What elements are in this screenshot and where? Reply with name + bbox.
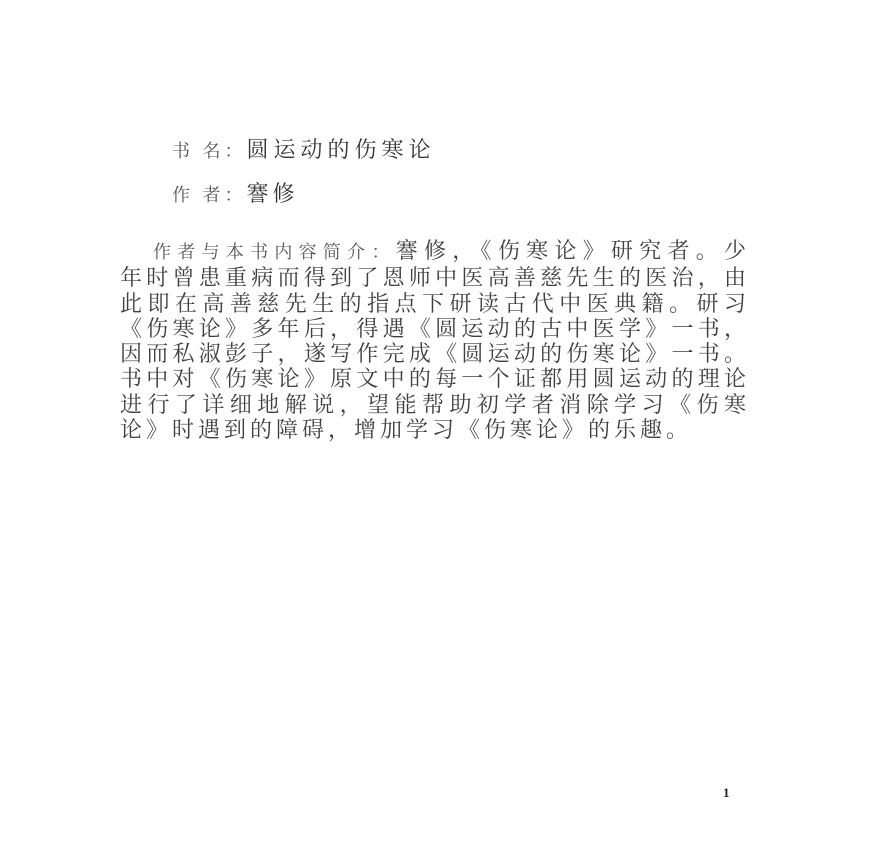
- intro-line: 因而私淑彭子，遂写作完成《圆运动的伤寒论》一书。: [120, 341, 750, 366]
- intro-paragraph: 作者与本书内容简介：謇修，《伤寒论》研究者。少 年时曾患重病而得到了恩师中医高善…: [120, 238, 750, 442]
- ebook-page: 书 名：圆运动的伤寒论 作 者：謇修 作者与本书内容简介：謇修，《伤寒论》研究者…: [0, 0, 870, 842]
- author-line: 作 者：謇修: [172, 177, 299, 208]
- intro-line: 此即在高善慈先生的指点下研读古代中医典籍。研习: [120, 291, 750, 316]
- intro-line: 书中对《伤寒论》原文中的每一个证都用圆运动的理论: [120, 366, 750, 391]
- intro-line: 论》时遇到的障碍，增加学习《伤寒论》的乐趣。: [120, 417, 750, 442]
- intro-line: 进行了详细地解说，望能帮助初学者消除学习《伤寒: [120, 392, 750, 417]
- author-label: 作 者：: [172, 185, 247, 205]
- intro-first-line-text: 謇修，《伤寒论》研究者。少: [396, 238, 750, 263]
- book-title: 圆运动的伤寒论: [247, 137, 436, 162]
- intro-first-line: 作者与本书内容简介：謇修，《伤寒论》研究者。少: [120, 238, 750, 265]
- intro-label: 作者与本书内容简介：: [153, 242, 396, 262]
- intro-lines: 年时曾患重病而得到了恩师中医高善慈先生的医治，由此即在高善慈先生的指点下研读古代…: [120, 265, 750, 442]
- book-title-label: 书 名：: [172, 141, 247, 161]
- intro-line: 年时曾患重病而得到了恩师中医高善慈先生的医治，由: [120, 265, 750, 290]
- page-number: 1: [723, 785, 730, 801]
- author-name: 謇修: [247, 181, 299, 206]
- intro-line: 《伤寒论》多年后，得遇《圆运动的古中医学》一书，: [120, 316, 750, 341]
- book-title-line: 书 名：圆运动的伤寒论: [172, 133, 436, 164]
